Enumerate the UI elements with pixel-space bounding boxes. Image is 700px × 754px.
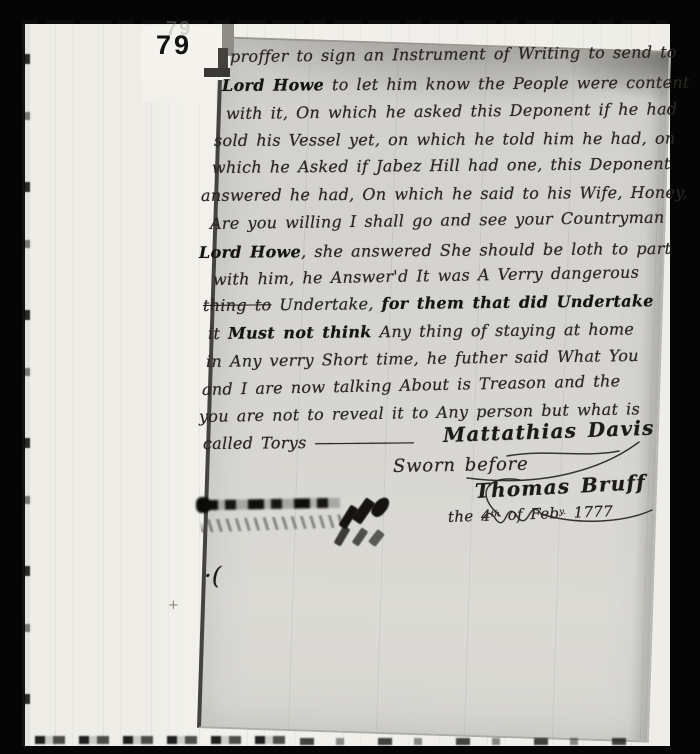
- manuscript-line-3: with it, On which he asked this Deponent…: [226, 99, 678, 123]
- manuscript-line-1: proffer to sign an Instrument of Writing…: [230, 42, 677, 66]
- manuscript-line-4: sold his Vessel yet, on which he told hi…: [214, 129, 676, 150]
- ink-mark: ·(: [204, 562, 222, 590]
- cross-mark: +: [168, 598, 179, 613]
- manuscript-line-7: Are you willing I shall go and see your …: [210, 208, 665, 233]
- gutter-ink-blob: [196, 497, 210, 513]
- manuscript-line-8: Lord Howe, she answered She should be lo…: [199, 239, 672, 262]
- manuscript-line-9: with him, he Answer'd It was A Verry dan…: [213, 263, 640, 289]
- manuscript-line-15: called Torys ———————: [203, 432, 413, 453]
- manuscript-line-12: in Any verry Short time, he futher said …: [206, 346, 639, 371]
- manuscript-line-2: Lord Howe to let him know the People wer…: [222, 73, 690, 95]
- manuscript-line-10: thing to Undertake, for them that did Un…: [203, 291, 654, 315]
- bottom-edge-marks-right: [300, 738, 630, 745]
- manuscript-line-13: and I are now talking About is Treason a…: [202, 371, 621, 399]
- date-line: the 4th of Feby. 1777: [448, 502, 614, 526]
- manuscript-line-6: answered he had, On which he said to his…: [201, 183, 688, 205]
- sworn-before: Sworn before: [393, 454, 529, 477]
- microfilm-scan-frame: 79 79 proffer to sign an Instrument of W…: [0, 0, 700, 754]
- bottom-edge-marks-left: [35, 736, 285, 744]
- manuscript-line-11: it Must not think Any thing of staying a…: [208, 320, 634, 343]
- handwriting-layer: proffer to sign an Instrument of Writing…: [0, 0, 700, 754]
- manuscript-line-5: which he Asked if Jabez Hill had one, th…: [212, 154, 671, 177]
